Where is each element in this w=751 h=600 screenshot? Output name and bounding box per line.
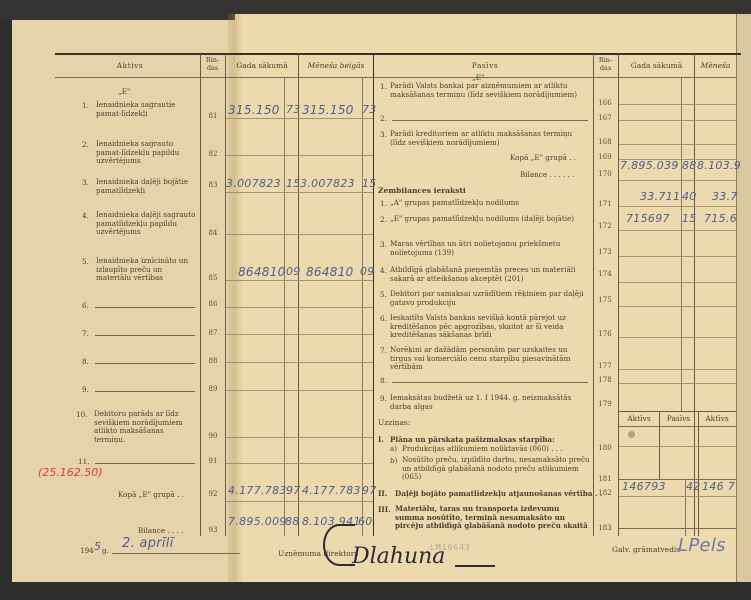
stain-mark — [628, 431, 635, 438]
row-number: 10. — [76, 410, 87, 419]
total-gada-cents: 97 — [286, 484, 301, 497]
row-code: 87 — [202, 329, 224, 337]
row-label: Debitoru parāds ar līdz sevišķiem norādī… — [94, 410, 196, 444]
total-label: Kopā „E" grupā . . — [118, 490, 184, 499]
row-number: 4. — [82, 211, 89, 220]
row-number: b) — [390, 456, 397, 465]
value-menesa: 864810 — [306, 265, 354, 279]
row-number: III. — [378, 505, 391, 514]
uzzinas-title: Uzziņas: — [378, 418, 410, 427]
row-code: 84 — [202, 229, 224, 237]
header-gada-sakuma: Gada sākumā — [226, 61, 298, 70]
row-label: Ienaidnieka sagrautie pamat-līdzekļi — [96, 101, 196, 118]
accountant-signature: LPels — [678, 535, 726, 556]
row-number: 6. — [82, 301, 89, 310]
accountant-label: Galv. grāmatvedis — [612, 545, 680, 554]
date-year-handwritten: 5 — [94, 540, 101, 553]
value-gada-cents: 73 — [286, 103, 301, 116]
header-rindas: Rin- das — [593, 56, 618, 72]
row-code: 170 — [594, 170, 616, 178]
row-label: Atbildīgā glabāšanā pieņemtās preces un … — [390, 266, 590, 283]
uzzinas-col-aktivs-2: Aktīvs — [698, 414, 736, 423]
row-number: 3. — [380, 130, 387, 139]
row-number: 5. — [380, 290, 387, 299]
value-menesa-cents: 73 — [362, 103, 377, 116]
row-code: 172 — [594, 222, 616, 230]
value-menesa-cents: 15 — [362, 177, 377, 190]
date-handwritten: 2. aprīlī — [122, 536, 174, 551]
row-code: 173 — [594, 248, 616, 256]
value-menesa: 146 7 — [702, 480, 735, 493]
value-gada-cents: 15 — [682, 212, 697, 225]
row-number: 3. — [380, 240, 387, 249]
bilance-gada-cents: 88 — [285, 515, 300, 528]
row-label: Ienaidnieka daļēji bojātie pamatlīdzekļi — [96, 178, 196, 195]
uzzinas-col-aktivs: Aktīvs — [619, 414, 659, 423]
value-gada-cents: 42 — [686, 480, 701, 493]
value-menesa: 715.6 — [704, 212, 737, 225]
row-number: 11. — [78, 457, 89, 466]
row-code: 166 — [594, 99, 616, 107]
row-code: 83 — [202, 181, 224, 189]
row-code: 177 — [594, 362, 616, 370]
row-label: „E" grupas pamatlīdzekļu nodilums (daļēj… — [390, 215, 590, 224]
row-code: 92 — [202, 490, 224, 498]
scan-background-bottom — [0, 582, 751, 600]
row-code: 167 — [594, 114, 616, 122]
red-margin-note: (25.162.50) — [38, 466, 103, 479]
value-gada: 3.007823 — [226, 177, 281, 190]
row-code: 86 — [202, 300, 224, 308]
signature-stroke — [455, 565, 495, 567]
value-gada-cents: 40 — [682, 190, 697, 203]
uzzinas-col-pasivs: Pasīvs — [659, 414, 698, 423]
row-code: 82 — [202, 150, 224, 158]
value-menesa-cents: 09 — [360, 265, 375, 278]
row-number: 8. — [380, 376, 387, 385]
row-number: 1. — [380, 82, 387, 91]
value-gada-cents: 09 — [286, 265, 301, 278]
row-number: 6. — [380, 314, 387, 323]
row-label: Daļēji bojāto pamatlīdzekļu atjaunošanas… — [395, 489, 602, 498]
row-number: 9. — [82, 385, 89, 394]
date-year-prefix: 194 — [80, 546, 94, 555]
row-number: I. — [378, 435, 384, 444]
header-gada-sakuma: Gada sākumā — [619, 61, 694, 70]
row-number: 1. — [82, 101, 89, 110]
row-label: Debitori par samaksai uzrādītiem rēķinie… — [390, 290, 590, 307]
signature-flourish — [323, 524, 355, 566]
row-label: Plāna un pārskata pašizmaksas starpība: — [390, 435, 555, 444]
value-gada: 146793 — [622, 480, 666, 493]
row-code: 182 — [594, 489, 616, 497]
row-number: 2. — [380, 215, 387, 224]
row-code: 183 — [594, 524, 616, 532]
row-number: 7. — [82, 329, 89, 338]
row-number: a) — [390, 444, 397, 453]
row-code: 88 — [202, 357, 224, 365]
row-label: Ienaidnieka iznīcināto un izlaupīto preč… — [96, 257, 196, 283]
row-number: 3. — [82, 178, 89, 187]
row-code: 168 — [594, 138, 616, 146]
next-page-edge — [736, 14, 751, 594]
row-number: 5. — [82, 257, 89, 266]
header-pasivs: Pasīvs — [380, 61, 590, 70]
value-menesa: 3.007823 — [300, 177, 355, 190]
zembilances-title: Zembilances ieraksti — [378, 186, 466, 195]
row-number: II. — [378, 489, 387, 498]
header-rindas: Rin- das — [200, 56, 225, 72]
date-g: g. — [102, 546, 109, 555]
row-label: Materiālu, taras un transporta izdevumu … — [395, 505, 590, 531]
total-gada: 4.177.783 — [228, 484, 287, 497]
bilance-menesa-cents: 60 — [358, 515, 373, 528]
bilance-gada: 7.895.039 — [620, 159, 679, 172]
row-label: Iemaksātas budžetā uz 1. I 1944. g. neiz… — [390, 394, 590, 411]
header-menesa: Mēneša — [695, 61, 736, 70]
row-number: 2. — [380, 114, 387, 123]
row-code: 175 — [594, 296, 616, 304]
row-label: Maras vērtības un ātri nolietojamu priek… — [390, 240, 590, 257]
row-code: 169 — [594, 153, 616, 161]
value-gada-cents: 15 — [286, 177, 301, 190]
row-number: 1. — [380, 199, 387, 208]
row-label: Nosūtīto preču, izpildīto darbu, nesamak… — [402, 456, 590, 482]
value-gada: 715697 — [626, 212, 670, 225]
total-label: Kopā „E" grupā . . — [510, 153, 576, 162]
value-gada: 864810 — [238, 265, 286, 279]
row-label: „A" grupas pamatlīdzekļu nodilums — [390, 199, 590, 208]
group-e-label: „E" — [118, 87, 130, 96]
row-code: 91 — [202, 457, 224, 465]
bilance-gada-cents: 88 — [682, 159, 697, 172]
value-menesa: 33.7 — [712, 190, 738, 203]
row-number: 7. — [380, 346, 387, 355]
value-gada: 315.150 — [228, 103, 280, 117]
row-code: 176 — [594, 330, 616, 338]
row-code: 90 — [202, 432, 224, 440]
bilance-menesa: 8.103.9 — [697, 159, 741, 172]
row-number: 4. — [380, 266, 387, 275]
row-number: 2. — [82, 140, 89, 149]
row-code: 89 — [202, 385, 224, 393]
row-code: 180 — [594, 444, 616, 452]
header-menesa-beigas: Mēneša beigās — [299, 61, 373, 70]
row-number: 9. — [380, 394, 387, 403]
bilance-label: Bilance . . . . . . — [520, 170, 575, 179]
total-menesa: 4.177.783 — [302, 484, 361, 497]
row-code: 81 — [202, 112, 224, 120]
row-number: 8. — [82, 357, 89, 366]
bilance-label: Bilance . . . . — [138, 526, 183, 535]
row-label: Ienaidnieka sagrauto pamat-līdzekļu papi… — [96, 140, 196, 166]
row-code: 93 — [202, 526, 224, 534]
value-menesa: 315.150 — [302, 103, 354, 117]
bilance-gada: 7.895.009 — [228, 515, 287, 528]
row-code: 179 — [594, 400, 616, 408]
stamp-number: LM10643 — [430, 543, 471, 552]
row-label: Ienaidnieka daļēji sagrauto pamatlīdzekļ… — [96, 211, 196, 237]
row-label: Parādi kreditoriem ar atliktu maksāšanas… — [390, 130, 590, 147]
row-label: Parādi Valsts bankai par aizņēmumiem ar … — [390, 82, 590, 99]
row-label: Ieskaitīts Valsts bankas sevišķā kontā p… — [390, 314, 590, 340]
row-label: Norēķini ar dažādām personām par uzskait… — [390, 346, 590, 372]
total-menesa-cents: 97 — [362, 484, 377, 497]
row-code: 178 — [594, 376, 616, 384]
header-aktivs: Aktivs — [60, 61, 200, 70]
row-code: 85 — [202, 274, 224, 282]
row-code: 171 — [594, 200, 616, 208]
value-gada: 33.711 — [640, 190, 680, 203]
row-code: 174 — [594, 270, 616, 278]
row-label: Produkcijas atlikumiem noliktavās (060) … — [402, 444, 563, 453]
row-code: 181 — [594, 475, 616, 483]
